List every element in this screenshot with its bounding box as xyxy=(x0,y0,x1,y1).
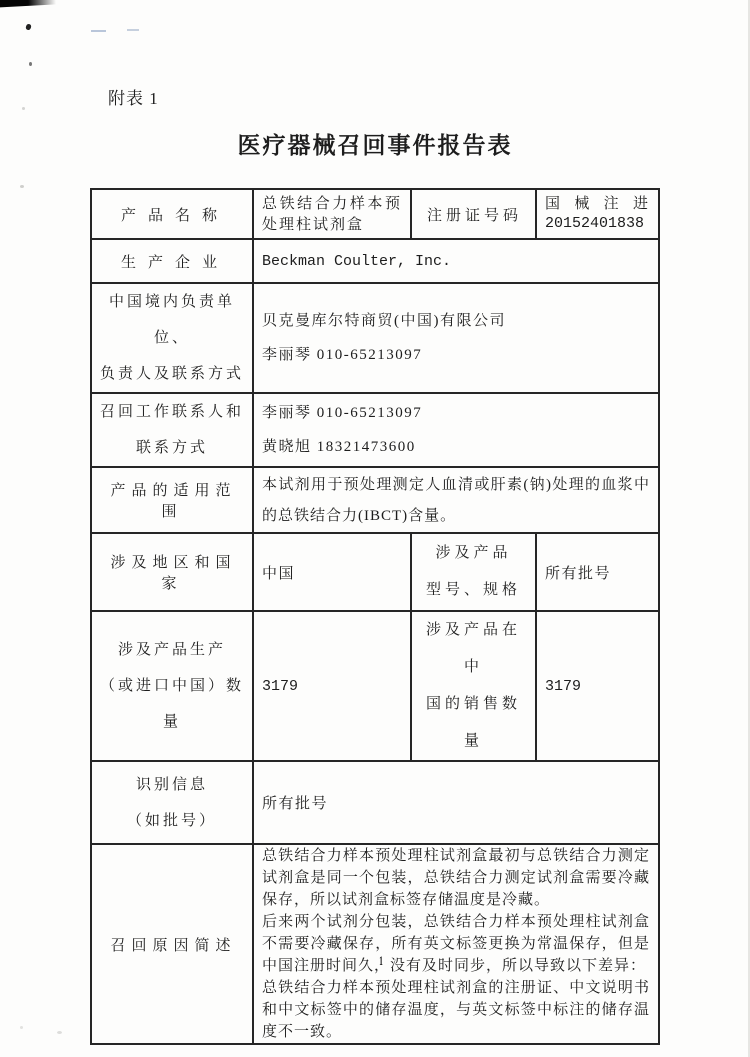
recall-reason-paragraph3: 总铁结合力样本预处理柱试剂盒的注册证、中文说明书和中文标签中的储存温度，与英文标… xyxy=(262,977,650,1043)
china-agent-label-line2: 负责人及联系方式 xyxy=(100,356,244,392)
scanned-report-page: 附表 1 医疗器械召回事件报告表 产品名称 总铁结合力样本预处理柱试剂盒 注册证… xyxy=(0,0,750,1057)
registration-number-value-cell: 国 械 注 进 20152401838 xyxy=(536,189,659,239)
scope-value-cell: 本试剂用于预处理测定人血清或肝素(钠)处理的血浆中的总铁结合力(IBCT)含量。 xyxy=(253,467,659,533)
recall-contact-label-line2: 联系方式 xyxy=(100,430,244,466)
scope-value: 本试剂用于预处理测定人血清或肝素(钠)处理的血浆中的总铁结合力(IBCT)含量。 xyxy=(262,468,650,532)
scan-artifact-speck xyxy=(20,185,24,188)
table-row-recall-reason: 召回原因简述 总铁结合力样本预处理柱试剂盒最初与总铁结合力测定试剂盒是同一个包装… xyxy=(91,844,659,1044)
quantity-label-line1: 涉及产品生产 xyxy=(100,632,244,668)
scan-artifact-speck xyxy=(22,107,25,110)
scan-artifact-mark xyxy=(127,29,139,31)
recall-contact-person1: 李丽琴 010-65213097 xyxy=(262,396,650,430)
models-value: 所有批号 xyxy=(536,533,659,611)
scan-artifact-speck xyxy=(29,62,32,66)
scan-artifact-speck xyxy=(57,1031,62,1034)
table-row-regions: 涉及地区和国家 中国 涉及产品 型号、规格 所有批号 xyxy=(91,533,659,611)
table-row-product: 产品名称 总铁结合力样本预处理柱试剂盒 注册证号码 国 械 注 进 201524… xyxy=(91,189,659,239)
table-row-manufacturer: 生产企业 Beckman Coulter, Inc. xyxy=(91,239,659,283)
quantity-label-cell: 涉及产品生产 （或进口中国）数量 xyxy=(91,611,253,761)
recall-reason-paragraph1: 总铁结合力样本预处理柱试剂盒最初与总铁结合力测定试剂盒是同一个包装，总铁结合力测… xyxy=(262,845,650,911)
china-sales-label-line2: 国的销售数量 xyxy=(420,686,527,760)
china-agent-label-line1: 中国境内负责单位、 xyxy=(100,284,244,356)
registration-number-line2: 20152401838 xyxy=(545,214,650,234)
identification-label-cell: 识别信息 （如批号） xyxy=(91,761,253,844)
models-label-line2: 型号、规格 xyxy=(420,572,527,609)
table-row-identification: 识别信息 （如批号） 所有批号 xyxy=(91,761,659,844)
page-number: 1 xyxy=(171,953,590,969)
appendix-label: 附表 1 xyxy=(108,84,159,109)
registration-number-line1: 国 械 注 进 xyxy=(545,194,650,214)
recall-reason-value-cell: 总铁结合力样本预处理柱试剂盒最初与总铁结合力测定试剂盒是同一个包装，总铁结合力测… xyxy=(253,844,659,1044)
recall-contact-label-cell: 召回工作联系人和 联系方式 xyxy=(91,393,253,467)
china-agent-contact: 李丽琴 010-65213097 xyxy=(262,338,650,372)
recall-reason-label: 召回原因简述 xyxy=(91,844,253,1044)
manufacturer-value: Beckman Coulter, Inc. xyxy=(253,239,659,283)
china-agent-company: 贝克曼库尔特商贸(中国)有限公司 xyxy=(262,304,650,338)
table-row-recall-contact: 召回工作联系人和 联系方式 李丽琴 010-65213097 黄晓旭 18321… xyxy=(91,393,659,467)
table-row-china-agent: 中国境内负责单位、 负责人及联系方式 贝克曼库尔特商贸(中国)有限公司 李丽琴 … xyxy=(91,283,659,393)
quantity-label-line2: （或进口中国）数量 xyxy=(100,668,244,740)
manufacturer-label: 生产企业 xyxy=(91,239,253,283)
product-name-label: 产品名称 xyxy=(91,189,253,239)
models-label-cell: 涉及产品 型号、规格 xyxy=(411,533,536,611)
scan-artifact-speck xyxy=(25,23,32,30)
regions-label: 涉及地区和国家 xyxy=(91,533,253,611)
china-sales-label-line1: 涉及产品在中 xyxy=(420,612,527,686)
china-sales-value: 3179 xyxy=(536,611,659,761)
scan-artifact-corner-band xyxy=(0,0,56,8)
china-agent-label-cell: 中国境内负责单位、 负责人及联系方式 xyxy=(91,283,253,393)
scan-artifact-speck xyxy=(20,1026,23,1029)
scan-artifact-mark xyxy=(91,30,106,32)
table-row-quantity: 涉及产品生产 （或进口中国）数量 3179 涉及产品在中 国的销售数量 3179 xyxy=(91,611,659,761)
recall-contact-person2: 黄晓旭 18321473600 xyxy=(262,430,650,464)
recall-contact-value-cell: 李丽琴 010-65213097 黄晓旭 18321473600 xyxy=(253,393,659,467)
models-label-line1: 涉及产品 xyxy=(420,535,527,572)
china-sales-label-cell: 涉及产品在中 国的销售数量 xyxy=(411,611,536,761)
recall-contact-label-line1: 召回工作联系人和 xyxy=(100,394,244,430)
product-name-value: 总铁结合力样本预处理柱试剂盒 xyxy=(262,192,402,236)
table-row-scope: 产品的适用范围 本试剂用于预处理测定人血清或肝素(钠)处理的血浆中的总铁结合力(… xyxy=(91,467,659,533)
china-agent-value-cell: 贝克曼库尔特商贸(中国)有限公司 李丽琴 010-65213097 xyxy=(253,283,659,393)
quantity-value: 3179 xyxy=(253,611,411,761)
recall-report-table: 产品名称 总铁结合力样本预处理柱试剂盒 注册证号码 国 械 注 进 201524… xyxy=(90,188,660,1045)
identification-value: 所有批号 xyxy=(253,761,659,844)
scope-label: 产品的适用范围 xyxy=(91,467,253,533)
registration-number-label: 注册证号码 xyxy=(411,189,536,239)
identification-label-line1: 识别信息 xyxy=(100,767,244,803)
identification-label-line2: （如批号） xyxy=(100,803,244,839)
page-title: 医疗器械召回事件报告表 xyxy=(0,127,750,160)
regions-value: 中国 xyxy=(253,533,411,611)
product-name-value-cell: 总铁结合力样本预处理柱试剂盒 xyxy=(253,189,411,239)
